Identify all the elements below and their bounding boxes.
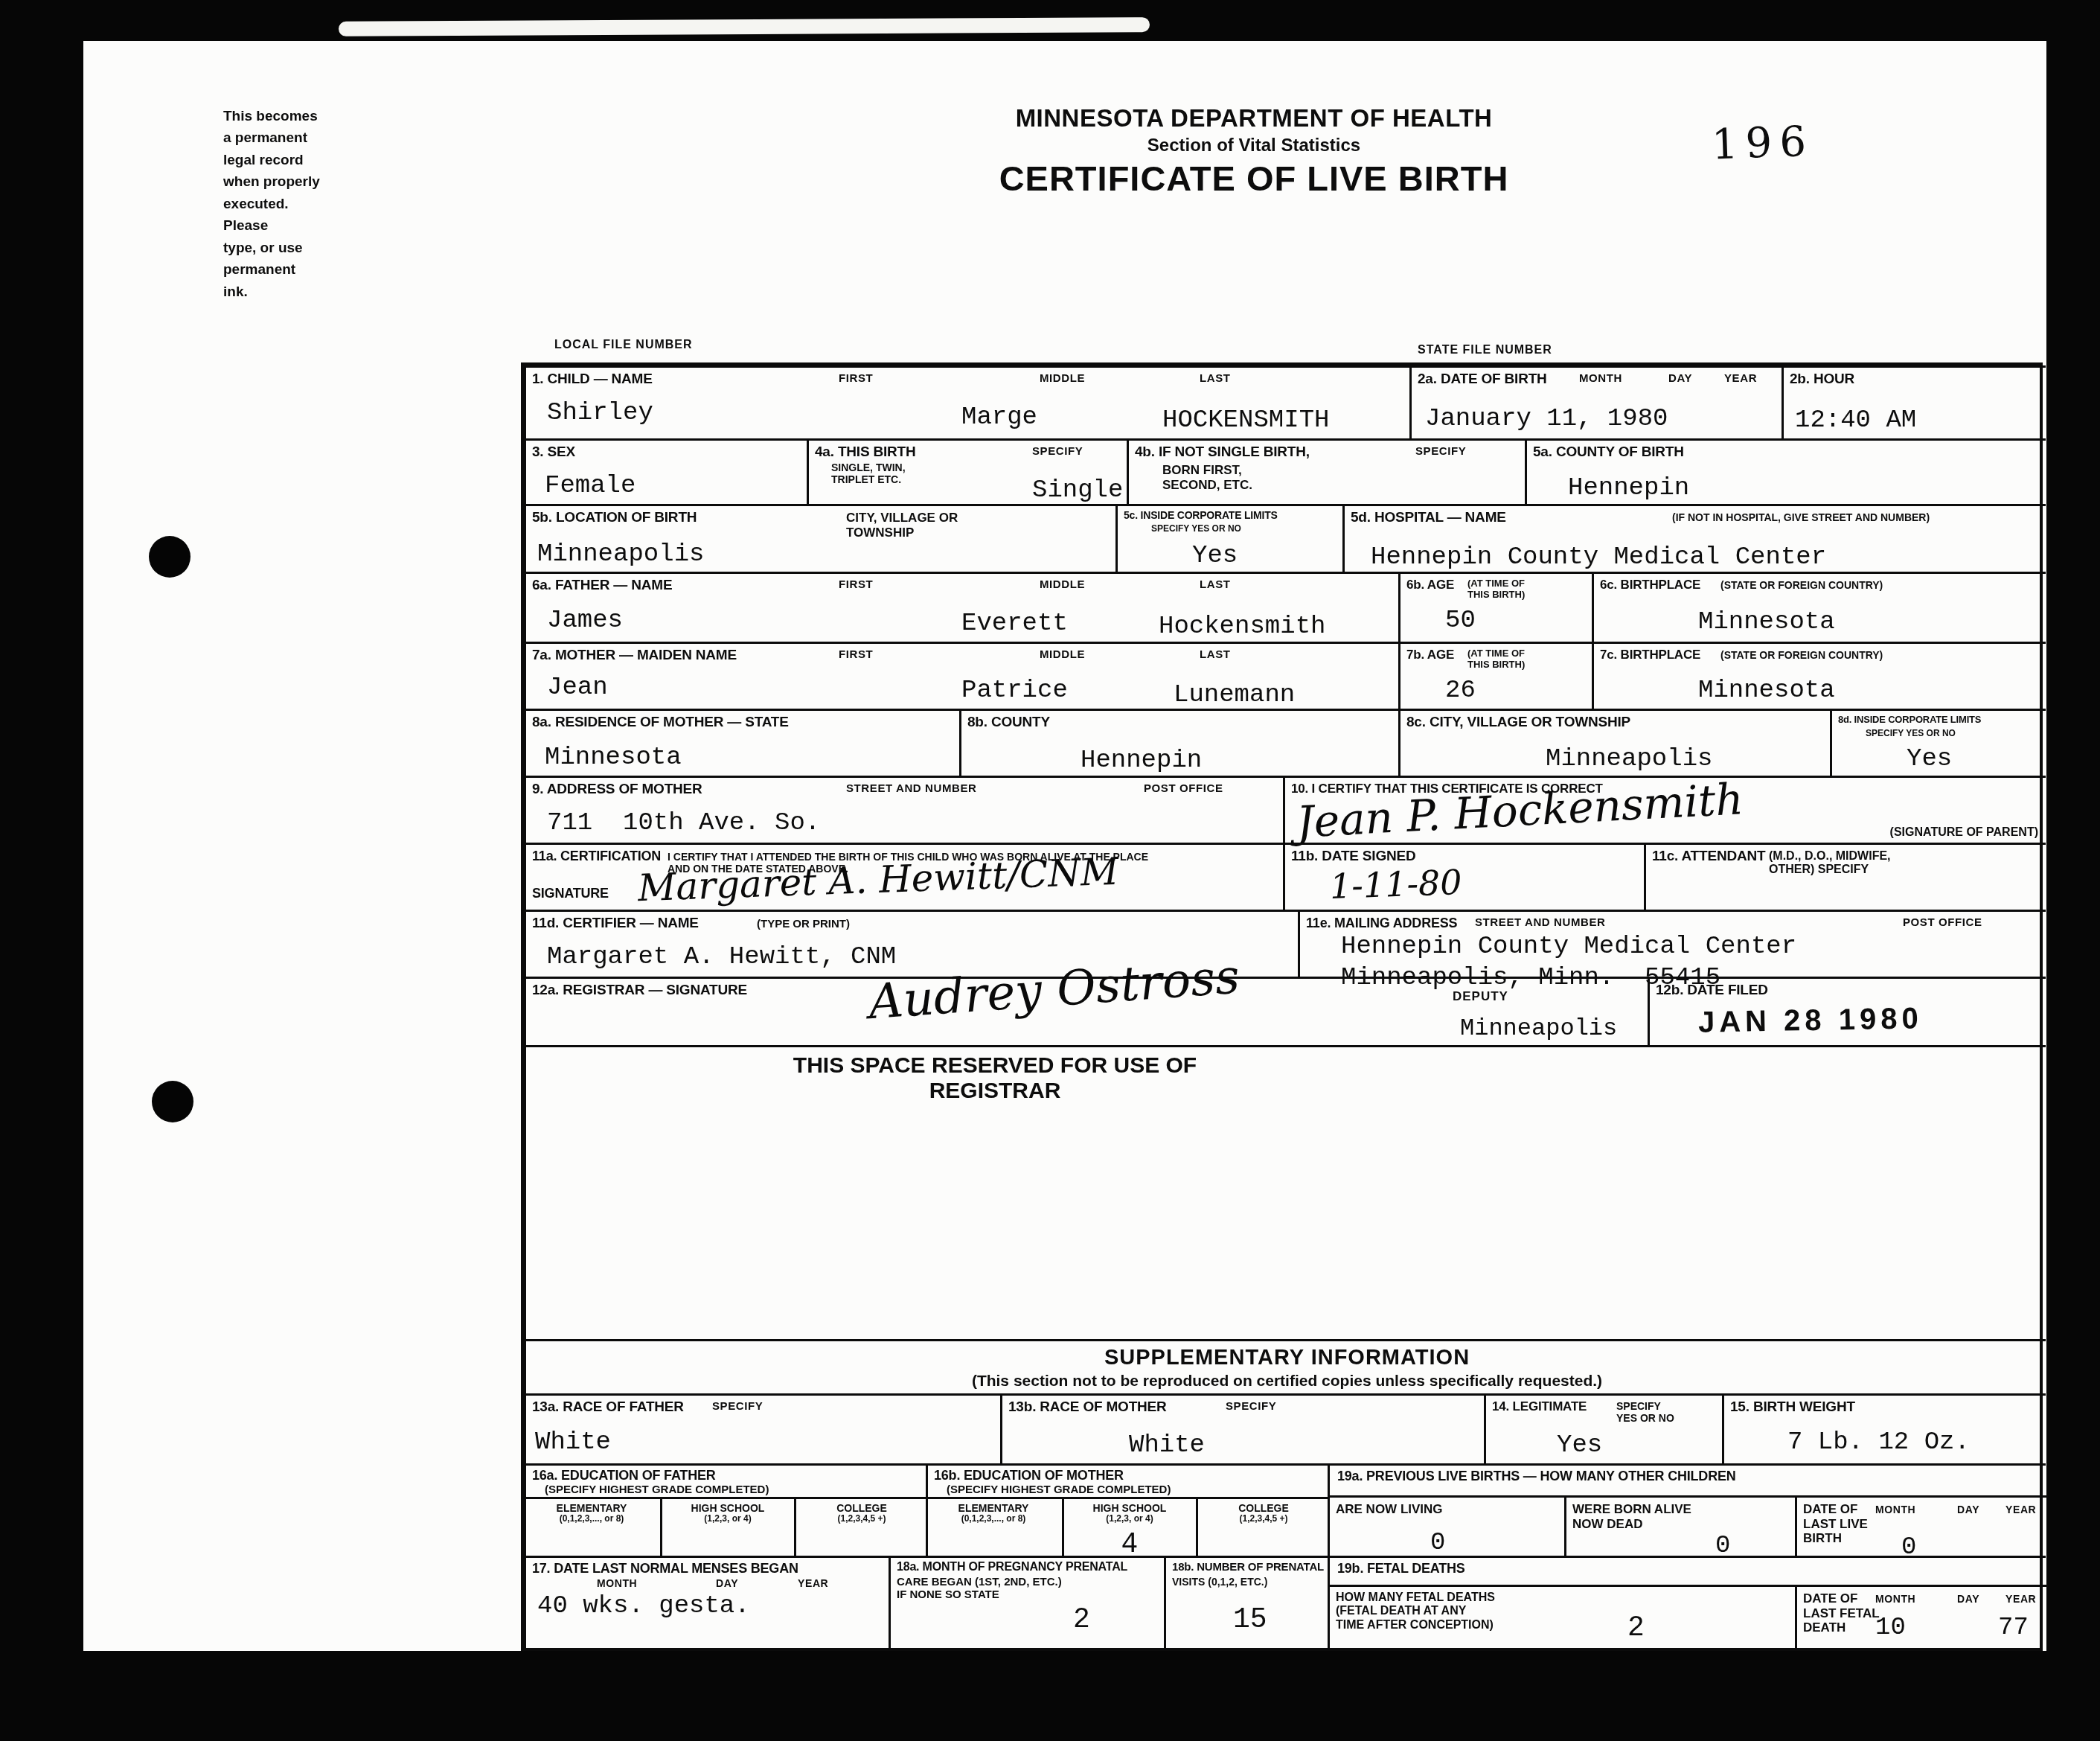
menses-label: 17. DATE LAST NORMAL MENSES BEGAN [532, 1561, 798, 1577]
education-mother-sublabel: (SPECIFY HIGHEST GRADE COMPLETED) [947, 1483, 1171, 1496]
hole-punch-top [149, 536, 191, 578]
menses-day-head: DAY [716, 1577, 738, 1589]
field-father-birthplace: 6c. BIRTHPLACE (STATE OR FOREIGN COUNTRY… [1592, 572, 2046, 642]
not-single-label: 4b. IF NOT SINGLE BIRTH, [1135, 444, 1310, 461]
mailing-post-office-head: POST OFFICE [1903, 916, 1982, 929]
certification-signature-label: SIGNATURE [532, 886, 609, 901]
father-birthplace-label: 6c. BIRTHPLACE [1600, 578, 1700, 592]
field-mailing-address: 11e. MAILING ADDRESS STREET AND NUMBER P… [1298, 910, 2046, 977]
race-father-label: 13a. RACE OF FATHER [532, 1399, 684, 1416]
edu-father-college-head: COLLEGE [796, 1502, 927, 1514]
registrar-label: 12a. REGISTRAR — SIGNATURE [532, 983, 747, 999]
child-last-head: LAST [1200, 372, 1231, 385]
scan-streak [339, 17, 1150, 36]
hospital-note: (IF NOT IN HOSPITAL, GIVE STREET AND NUM… [1672, 511, 1930, 523]
residence-corp-value: Yes [1907, 745, 1952, 773]
mailing-address-line2: Minneapolis, Minn. 55415 [1341, 964, 1720, 992]
certification-label: 11a. CERTIFICATION [532, 849, 661, 864]
residence-city-label: 8c. CITY, VILLAGE OR TOWNSHIP [1406, 715, 1630, 731]
mother-age-value: 26 [1445, 677, 1476, 705]
edu-mother-college-cell: COLLEGE (1,2,3,4,5 +) [1196, 1497, 1330, 1558]
fetal-deaths-year-head: YEAR [2005, 1593, 2036, 1605]
edu-mother-highschool-cell: HIGH SCHOOL (1,2,3, or 4) 4 [1062, 1497, 1196, 1558]
residence-county-value: Hennepin [1081, 747, 1202, 775]
field-date-of-birth: 2a. DATE OF BIRTH MONTH DAY YEAR January… [1409, 365, 1782, 438]
field-residence-state: 8a. RESIDENCE OF MOTHER — STATE Minnesot… [524, 709, 959, 776]
prev-births-dead-cell: WERE BORN ALIVE NOW DEAD 0 [1564, 1495, 1795, 1558]
child-last-value: HOCKENSMITH [1162, 406, 1329, 435]
field-residence-county: 8b. COUNTY Hennepin [959, 709, 1398, 776]
field-previous-live-births: 19a. PREVIOUS LIVE BIRTHS — HOW MANY OTH… [1328, 1463, 2046, 1556]
registrar-city-value: Minneapolis [1460, 1015, 1617, 1042]
menses-year-head: YEAR [798, 1577, 828, 1589]
fetal-deaths-year-value: 77 [1998, 1614, 2029, 1642]
registrar-space-note: THIS SPACE RESERVED FOR USE OF REGISTRAR [734, 1053, 1255, 1104]
dob-day-head: DAY [1668, 372, 1692, 385]
previous-births-label: 19a. PREVIOUS LIVE BIRTHS — HOW MANY OTH… [1337, 1469, 1736, 1484]
race-mother-specify-head: SPECIFY [1226, 1400, 1276, 1413]
field-not-single-birth: 4b. IF NOT SINGLE BIRTH, BORN FIRST, SEC… [1127, 438, 1525, 504]
edu-father-highschool-range: (1,2,3, or 4) [662, 1514, 793, 1524]
header-title: CERTIFICATE OF LIVE BIRTH [789, 158, 1719, 199]
mother-middle-head: MIDDLE [1040, 648, 1085, 661]
mother-first-value: Jean [547, 674, 608, 702]
not-single-specify-head: SPECIFY [1415, 445, 1466, 458]
supplementary-header: SUPPLEMENTARY INFORMATION (This section … [524, 1339, 2046, 1393]
fetal-deaths-month-value: 10 [1875, 1614, 1906, 1642]
birth-weight-label: 15. BIRTH WEIGHT [1730, 1399, 1855, 1416]
mailing-address-line1: Hennepin County Medical Center [1341, 933, 1796, 961]
hour-value: 12:40 AM [1795, 406, 1916, 435]
father-age-label: 6b. AGE [1406, 578, 1454, 592]
hospital-value: Hennepin County Medical Center [1371, 543, 1826, 572]
child-first-value: Shirley [547, 399, 653, 427]
edu-mother-elementary-head: ELEMENTARY [928, 1502, 1059, 1514]
education-father-label: 16a. EDUCATION OF FATHER [532, 1468, 716, 1483]
field-inside-corporate-limits: 5c. INSIDE CORPORATE LIMITS SPECIFY YES … [1115, 504, 1342, 572]
prev-births-living-head: ARE NOW LIVING [1336, 1502, 1443, 1517]
education-mother-label: 16b. EDUCATION OF MOTHER [934, 1468, 1124, 1483]
prev-births-living-value: 0 [1430, 1529, 1445, 1557]
prev-births-day-head: DAY [1957, 1504, 1979, 1515]
prev-births-dead-head: WERE BORN ALIVE NOW DEAD [1572, 1502, 1691, 1531]
father-last-head: LAST [1200, 578, 1231, 591]
mother-last-head: LAST [1200, 648, 1231, 661]
prenatal-month-label: 18a. MONTH OF PREGNANCY PRENATAL [897, 1561, 1127, 1574]
race-mother-label: 13b. RACE OF MOTHER [1008, 1399, 1167, 1416]
sex-label: 3. SEX [532, 444, 575, 461]
prenatal-visits-value: 15 [1233, 1604, 1267, 1636]
field-education-mother: 16b. EDUCATION OF MOTHER (SPECIFY HIGHES… [926, 1463, 1328, 1556]
field-hour: 2b. HOUR 12:40 AM [1782, 365, 2046, 438]
edu-father-highschool-cell: HIGH SCHOOL (1,2,3, or 4) [660, 1497, 794, 1558]
this-birth-label: 4a. THIS BIRTH [815, 444, 916, 461]
edu-mother-college-head: COLLEGE [1198, 1502, 1329, 1514]
fetal-deaths-date-head: DATE OF LAST FETAL DEATH [1803, 1591, 1880, 1635]
registrar-reserved-space: THIS SPACE RESERVED FOR USE OF REGISTRAR [524, 1045, 2046, 1339]
mother-first-head: FIRST [839, 648, 873, 661]
father-first-head: FIRST [839, 578, 873, 591]
race-father-specify-head: SPECIFY [712, 1400, 763, 1413]
not-single-sublabel: BORN FIRST, SECOND, ETC. [1162, 463, 1252, 492]
mother-birthplace-value: Minnesota [1698, 677, 1835, 705]
edu-mother-highschool-range: (1,2,3, or 4) [1064, 1514, 1195, 1524]
supplementary-note: (This section not to be reproduced on ce… [526, 1373, 2048, 1390]
father-birthplace-sublabel: (STATE OR FOREIGN COUNTRY) [1720, 579, 1883, 591]
hour-label: 2b. HOUR [1790, 371, 1854, 388]
hospital-label: 5d. HOSPITAL — NAME [1351, 510, 1506, 526]
edu-father-elementary-head: ELEMENTARY [526, 1502, 657, 1514]
mother-age-sublabel: (AT TIME OF THIS BIRTH) [1467, 648, 1525, 671]
father-name-label: 6a. FATHER — NAME [532, 578, 672, 594]
child-middle-value: Marge [961, 403, 1037, 432]
field-sex: 3. SEX Female [524, 438, 807, 504]
fetal-deaths-day-head: DAY [1957, 1593, 1979, 1605]
field-last-menses: 17. DATE LAST NORMAL MENSES BEGAN MONTH … [524, 1556, 889, 1648]
child-middle-head: MIDDLE [1040, 372, 1085, 385]
fetal-deaths-count-head: HOW MANY FETAL DEATHS (FETAL DEATH AT AN… [1336, 1591, 1495, 1632]
attendant-label: 11c. ATTENDANT [1652, 849, 1765, 865]
certifier-name-label: 11d. CERTIFIER — NAME [532, 916, 699, 932]
education-father-sublabel: (SPECIFY HIGHEST GRADE COMPLETED) [545, 1483, 769, 1496]
edu-father-highschool-head: HIGH SCHOOL [662, 1502, 793, 1514]
field-mother-birthplace: 7c. BIRTHPLACE (STATE OR FOREIGN COUNTRY… [1592, 642, 2046, 709]
header-section: Section of Vital Statistics [789, 135, 1719, 156]
field-fetal-deaths: 19b. FETAL DEATHS HOW MANY FETAL DEATHS … [1328, 1556, 2046, 1648]
mother-age-label: 7b. AGE [1406, 648, 1454, 662]
field-race-mother: 13b. RACE OF MOTHER SPECIFY White [1000, 1393, 1484, 1463]
prenatal-visits-label: 18b. NUMBER OF PRENATAL [1172, 1561, 1324, 1574]
field-mother-age: 7b. AGE (AT TIME OF THIS BIRTH) 26 [1398, 642, 1592, 709]
father-middle-value: Everett [961, 610, 1068, 638]
local-file-number-label: LOCAL FILE NUMBER [554, 339, 693, 352]
field-education-father: 16a. EDUCATION OF FATHER (SPECIFY HIGHES… [524, 1463, 926, 1556]
scanned-birth-certificate: This becomes a permanent legal record wh… [0, 0, 2100, 1741]
hole-punch-bottom [152, 1081, 193, 1122]
fetal-deaths-date-cell: DATE OF LAST FETAL DEATH MONTH DAY YEAR … [1795, 1585, 2048, 1650]
location-sublabel: CITY, VILLAGE OR TOWNSHIP [846, 511, 958, 540]
date-signed-value: 1-11-80 [1329, 862, 1462, 907]
residence-county-label: 8b. COUNTY [967, 715, 1050, 731]
certificate-form: 1. CHILD — NAME FIRST MIDDLE LAST Shirle… [521, 362, 2043, 1651]
edu-mother-elementary-range: (0,1,2,3,..., or 8) [928, 1514, 1059, 1524]
state-file-number-label: STATE FILE NUMBER [1418, 344, 1552, 357]
prev-births-living-cell: ARE NOW LIVING 0 [1330, 1495, 1564, 1558]
edu-mother-highschool-head: HIGH SCHOOL [1064, 1502, 1195, 1514]
father-age-sublabel: (AT TIME OF THIS BIRTH) [1467, 578, 1525, 601]
mother-birthplace-label: 7c. BIRTHPLACE [1600, 648, 1700, 662]
sex-value: Female [545, 472, 636, 500]
edu-father-college-cell: COLLEGE (1,2,3,4,5 +) [794, 1497, 928, 1558]
child-first-head: FIRST [839, 372, 873, 385]
father-birthplace-value: Minnesota [1698, 608, 1835, 636]
attendant-sublabel: (M.D., D.O., MIDWIFE, OTHER) SPECIFY [1769, 850, 1891, 878]
legitimate-value: Yes [1557, 1431, 1602, 1460]
date-of-birth-value: January 11, 1980 [1425, 405, 1668, 433]
corp-limits-value: Yes [1192, 542, 1238, 570]
residence-state-label: 8a. RESIDENCE OF MOTHER — STATE [532, 715, 789, 731]
fetal-deaths-count-cell: HOW MANY FETAL DEATHS (FETAL DEATH AT AN… [1330, 1585, 1795, 1650]
prenatal-month-value: 2 [1073, 1604, 1090, 1636]
mother-name-label: 7a. MOTHER — MAIDEN NAME [532, 648, 737, 664]
birth-weight-value: 7 Lb. 12 Oz. [1787, 1428, 1970, 1457]
field-prenatal-care-month: 18a. MONTH OF PREGNANCY PRENATAL CARE BE… [889, 1556, 1164, 1648]
field-prenatal-visits: 18b. NUMBER OF PRENATAL VISITS (0,1,2, E… [1164, 1556, 1328, 1648]
father-age-value: 50 [1445, 607, 1476, 635]
mailing-address-label: 11e. MAILING ADDRESS [1306, 916, 1457, 931]
corp-limits-label: 5c. INSIDE CORPORATE LIMITS [1124, 510, 1278, 522]
field-birth-weight: 15. BIRTH WEIGHT 7 Lb. 12 Oz. [1722, 1393, 2046, 1463]
field-hospital-name: 5d. HOSPITAL — NAME (IF NOT IN HOSPITAL,… [1342, 504, 2046, 572]
parent-signature-note: (SIGNATURE OF PARENT) [1890, 826, 2038, 840]
residence-corp-sublabel: SPECIFY YES OR NO [1866, 729, 1956, 739]
field-father-age: 6b. AGE (AT TIME OF THIS BIRTH) 50 [1398, 572, 1592, 642]
fetal-deaths-month-head: MONTH [1875, 1593, 1915, 1605]
field-location-of-birth: 5b. LOCATION OF BIRTH CITY, VILLAGE OR T… [524, 504, 1115, 572]
header-department: MINNESOTA DEPARTMENT OF HEALTH [789, 104, 1719, 132]
county-of-birth-value: Hennepin [1568, 474, 1689, 502]
legitimate-label: 14. LEGITIMATE [1492, 1399, 1587, 1413]
location-value: Minneapolis [537, 540, 704, 569]
mother-birthplace-sublabel: (STATE OR FOREIGN COUNTRY) [1720, 649, 1883, 661]
field-mother-name: 7a. MOTHER — MAIDEN NAME FIRST MIDDLE LA… [524, 642, 1398, 709]
corp-limits-sublabel: SPECIFY YES OR NO [1151, 524, 1241, 534]
certifier-name-value: Margaret A. Hewitt, CNM [547, 943, 896, 971]
dob-year-head: YEAR [1724, 372, 1757, 385]
legitimate-sublabel: SPECIFY YES OR NO [1616, 1400, 1674, 1424]
field-race-father: 13a. RACE OF FATHER SPECIFY White [524, 1393, 1000, 1463]
menses-month-head: MONTH [597, 1577, 637, 1589]
field-legitimate: 14. LEGITIMATE SPECIFY YES OR NO Yes [1484, 1393, 1722, 1463]
mailing-street-head: STREET AND NUMBER [1475, 916, 1605, 929]
edu-father-college-range: (1,2,3,4,5 +) [796, 1514, 927, 1524]
field-residence-corp-limits: 8d. INSIDE CORPORATE LIMITS SPECIFY YES … [1830, 709, 2046, 776]
location-label: 5b. LOCATION OF BIRTH [532, 510, 697, 526]
certificate-number-stamp: 196 [1711, 118, 1814, 170]
edu-father-elementary-cell: ELEMENTARY (0,1,2,3,..., or 8) [526, 1497, 660, 1558]
field-mother-address: 9. ADDRESS OF MOTHER STREET AND NUMBER P… [524, 776, 1283, 843]
field-father-name: 6a. FATHER — NAME FIRST MIDDLE LAST Jame… [524, 572, 1398, 642]
residence-state-value: Minnesota [545, 744, 682, 772]
field-residence-city: 8c. CITY, VILLAGE OR TOWNSHIP Minneapoli… [1398, 709, 1830, 776]
date-signed-label: 11b. DATE SIGNED [1291, 849, 1416, 865]
prev-births-month-head: MONTH [1875, 1504, 1915, 1515]
race-mother-value: White [1129, 1431, 1205, 1460]
date-of-birth-label: 2a. DATE OF BIRTH [1418, 371, 1547, 388]
mother-middle-value: Patrice [961, 677, 1068, 705]
this-birth-value: Single [1032, 476, 1123, 505]
dob-month-head: MONTH [1579, 372, 1622, 385]
this-birth-specify-head: SPECIFY [1032, 445, 1083, 458]
field-parent-certify: 10. I CERTIFY THAT THIS CERTIFICATE IS C… [1283, 776, 2046, 843]
address-post-office-head: POST OFFICE [1144, 782, 1223, 795]
edu-mother-college-range: (1,2,3,4,5 +) [1198, 1514, 1329, 1524]
fetal-deaths-count-value: 2 [1627, 1612, 1645, 1644]
prev-births-last-date-cell: DATE OF LAST LIVE BIRTH MONTH DAY YEAR 0 [1795, 1495, 2048, 1558]
address-street-head: STREET AND NUMBER [846, 782, 976, 795]
prenatal-visits-sublabel: VISITS (0,1,2, ETC.) [1172, 1576, 1267, 1588]
field-attendant: 11c. ATTENDANT (M.D., D.O., MIDWIFE, OTH… [1644, 843, 2046, 910]
mother-last-value: Lunemann [1174, 681, 1295, 709]
child-name-label: 1. CHILD — NAME [532, 371, 653, 388]
mother-address-label: 9. ADDRESS OF MOTHER [532, 782, 702, 798]
edu-father-elementary-range: (0,1,2,3,..., or 8) [526, 1514, 657, 1524]
race-father-value: White [535, 1428, 611, 1457]
fetal-deaths-label: 19b. FETAL DEATHS [1337, 1561, 1465, 1577]
supplementary-title: SUPPLEMENTARY INFORMATION [526, 1346, 2048, 1370]
prev-births-year-head: YEAR [2005, 1504, 2036, 1515]
field-county-of-birth: 5a. COUNTY OF BIRTH Hennepin [1525, 438, 2046, 504]
date-filed-stamp: JAN 28 1980 [1698, 1002, 1923, 1039]
father-middle-head: MIDDLE [1040, 578, 1085, 591]
menses-value: 40 wks. gesta. [537, 1592, 750, 1620]
father-last-value: Hockensmith [1159, 613, 1325, 641]
field-date-signed: 11b. DATE SIGNED 1-11-80 [1283, 843, 1644, 910]
residence-city-value: Minneapolis [1546, 745, 1712, 773]
prev-births-last-date-head: DATE OF LAST LIVE BIRTH [1803, 1502, 1868, 1546]
field-certification: 11a. CERTIFICATION I CERTIFY THAT I ATTE… [524, 843, 1283, 910]
edu-mother-elementary-cell: ELEMENTARY (0,1,2,3,..., or 8) [928, 1497, 1062, 1558]
this-birth-sublabel: SINGLE, TWIN, TRIPLET ETC. [831, 461, 906, 485]
certifier-name-sublabel: (TYPE OR PRINT) [757, 918, 850, 930]
field-child-name: 1. CHILD — NAME FIRST MIDDLE LAST Shirle… [524, 365, 1409, 438]
field-this-birth: 4a. THIS BIRTH SINGLE, TWIN, TRIPLET ETC… [807, 438, 1127, 504]
father-first-value: James [547, 607, 623, 635]
residence-corp-label: 8d. INSIDE CORPORATE LIMITS [1838, 715, 1981, 726]
prenatal-month-sublabel: CARE BEGAN (1ST, 2ND, ETC.) IF NONE SO S… [897, 1576, 1062, 1602]
mother-address-value: 711 10th Ave. So. [547, 809, 820, 837]
county-of-birth-label: 5a. COUNTY OF BIRTH [1533, 444, 1684, 461]
margin-note: This becomes a permanent legal record wh… [223, 106, 372, 303]
